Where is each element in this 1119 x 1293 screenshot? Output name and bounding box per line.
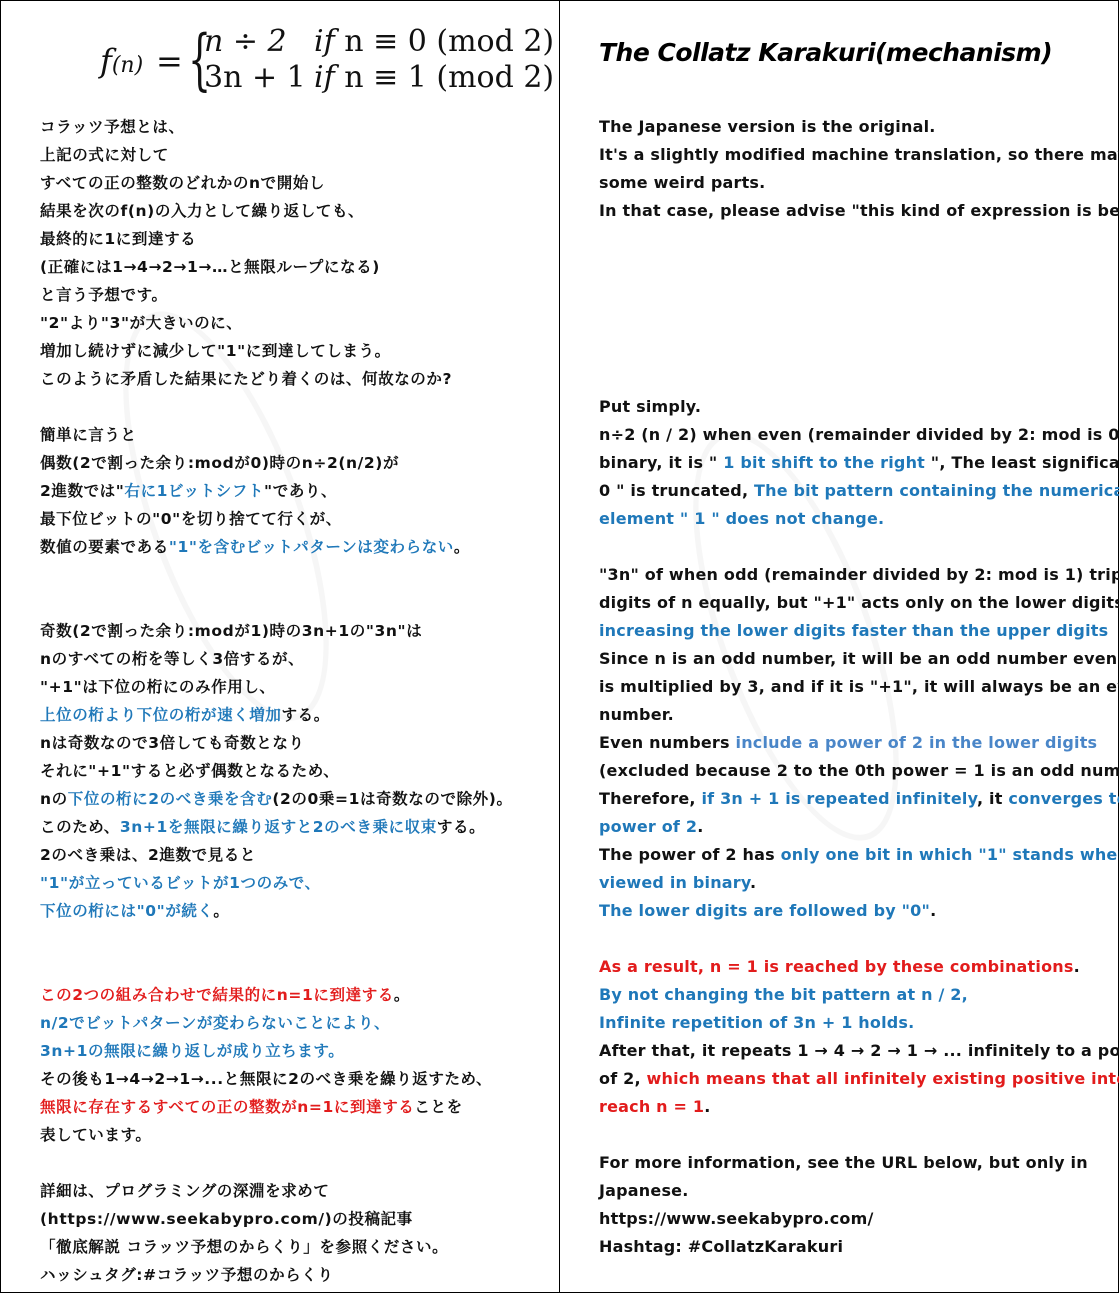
text-segment: と言う予想です。 bbox=[40, 286, 168, 304]
text-segment: 上位の桁より下位の桁が速く増加 bbox=[40, 706, 282, 724]
text-segment: Japanese. bbox=[599, 1181, 689, 1200]
text-segment: Even numbers bbox=[599, 733, 736, 752]
text-line: (https://www.seekabypro.com/)の投稿記事 bbox=[40, 1205, 413, 1233]
text-line: 下位の桁には"0"が続く。 bbox=[40, 897, 229, 925]
text-line: Even numbers include a power of 2 in the… bbox=[599, 729, 1097, 757]
text-line: viewed in binary. bbox=[599, 869, 756, 897]
text-line: 偶数(2で割った余り:modが0)時のn÷2(n/2)が bbox=[40, 449, 399, 477]
text-line: 上記の式に対して bbox=[40, 141, 169, 169]
text-line: Infinite repetition of 3n + 1 holds. bbox=[599, 1009, 914, 1037]
text-segment: After that, it repeats 1 → 4 → 2 → 1 → .… bbox=[599, 1041, 1119, 1060]
text-segment: . bbox=[1074, 957, 1080, 976]
text-line: binary, it is " 1 bit shift to the right… bbox=[599, 449, 1119, 477]
text-line: 表しています。 bbox=[40, 1121, 151, 1149]
text-segment: 奇数(2で割った余り:modが1)時の3n+1の"3n"は bbox=[40, 622, 422, 640]
text-segment: Since n is an odd number, it will be an … bbox=[599, 649, 1119, 668]
text-line: n÷2 (n / 2) when even (remainder divided… bbox=[599, 421, 1119, 449]
text-segment: 数値の要素である bbox=[40, 538, 169, 556]
text-segment: some weird parts. bbox=[599, 173, 765, 192]
text-line: と言う予想です。 bbox=[40, 281, 168, 309]
text-segment: number. bbox=[599, 705, 674, 724]
text-segment: する。 bbox=[282, 706, 330, 724]
text-line: 最終的に1に到達する bbox=[40, 225, 196, 253]
text-line: それに"+1"すると必ず偶数となるため、 bbox=[40, 757, 339, 785]
text-line: After that, it repeats 1 → 4 → 2 → 1 → .… bbox=[599, 1037, 1119, 1065]
text-line: nの下位の桁に2のべき乗を含む(2の0乗=1は奇数なので除外)。 bbox=[40, 785, 513, 813]
text-segment: "1"が立っているビットが1つのみで、 bbox=[40, 874, 321, 892]
text-segment: . bbox=[704, 1097, 710, 1116]
text-segment: すべての正の整数のどれかのnで開始し bbox=[40, 174, 325, 192]
text-segment: viewed in binary bbox=[599, 873, 750, 892]
text-segment: nは奇数なので3倍しても奇数となり bbox=[40, 734, 305, 752]
formula-equals: = bbox=[156, 42, 183, 80]
text-segment: binary, it is " bbox=[599, 453, 723, 472]
text-line: reach n = 1. bbox=[599, 1093, 711, 1121]
text-line: このように矛盾した結果にたどり着くのは、何故なのか? bbox=[40, 365, 452, 393]
text-line: The lower digits are followed by "0". bbox=[599, 897, 936, 925]
text-segment: element " 1 " does not change. bbox=[599, 509, 884, 528]
formula-case-even: n ÷ 2if n ≡ 0 (mod 2) bbox=[204, 24, 554, 59]
text-segment: n/2でビットパターンが変わらないことにより、 bbox=[40, 1014, 390, 1032]
text-segment: 簡単に言うと bbox=[40, 426, 137, 444]
text-line: nは奇数なので3倍しても奇数となり bbox=[40, 729, 305, 757]
text-segment: (正確には1→4→2→1→…と無限ループになる) bbox=[40, 258, 380, 276]
text-segment: By not changing the bit pattern at n / 2… bbox=[599, 985, 968, 1004]
text-line: 結果を次のf(n)の入力として繰り返しても、 bbox=[40, 197, 364, 225]
text-segment: "2"より"3"が大きいのに、 bbox=[40, 314, 242, 332]
text-line: Since n is an odd number, it will be an … bbox=[599, 645, 1119, 673]
text-segment: nの bbox=[40, 790, 68, 808]
text-segment: 表しています。 bbox=[40, 1126, 151, 1144]
text-segment: include a power of 2 in the lower digits bbox=[736, 733, 1098, 752]
text-segment: Infinite repetition of 3n + 1 holds. bbox=[599, 1013, 914, 1032]
text-segment: power of 2 bbox=[599, 817, 697, 836]
text-segment: ことを bbox=[414, 1098, 462, 1116]
text-line: The power of 2 has only one bit in which… bbox=[599, 841, 1119, 869]
text-line: 詳細は、プログラミングの深淵を求めて bbox=[40, 1177, 330, 1205]
text-segment: digits of n equally, but "+1" acts only … bbox=[599, 593, 1119, 612]
text-line: "3n" of when odd (remainder divided by 2… bbox=[599, 561, 1119, 589]
text-segment: 結果を次のf(n)の入力として繰り返しても、 bbox=[40, 202, 364, 220]
text-segment: n÷2 (n / 2) when even (remainder divided… bbox=[599, 425, 1119, 444]
text-line: 2進数では"右に1ビットシフト"であり、 bbox=[40, 477, 337, 505]
text-segment: The bit pattern containing the numerical bbox=[754, 481, 1119, 500]
text-segment: その後も1→4→2→1→...と無限に2のべき乗を繰り返すため、 bbox=[40, 1070, 492, 1088]
text-segment: . bbox=[697, 817, 703, 836]
text-line: By not changing the bit pattern at n / 2… bbox=[599, 981, 968, 1009]
text-line: nのすべての桁を等しく3倍するが、 bbox=[40, 645, 304, 673]
collatz-formula: f(n) = { n ÷ 2if n ≡ 0 (mod 2) 3n + 1if … bbox=[100, 24, 520, 100]
text-segment: As a result, n = 1 is reached by these c… bbox=[599, 957, 1074, 976]
text-segment: それに"+1"すると必ず偶数となるため、 bbox=[40, 762, 339, 780]
text-segment: 2のべき乗は、2進数で見ると bbox=[40, 846, 256, 864]
text-line: Hashtag: #CollatzKarakuri bbox=[599, 1233, 843, 1261]
text-line: その後も1→4→2→1→...と無限に2のべき乗を繰り返すため、 bbox=[40, 1065, 492, 1093]
text-segment: "+1"は下位の桁にのみ作用し、 bbox=[40, 678, 276, 696]
text-segment: (2の0乗=1は奇数なので除外)。 bbox=[272, 790, 512, 808]
text-line: 簡単に言うと bbox=[40, 421, 137, 449]
text-segment: このように矛盾した結果にたどり着くのは、何故なのか? bbox=[40, 370, 452, 388]
text-segment: 右に1ビットシフト bbox=[124, 482, 264, 500]
text-segment: 。 bbox=[454, 538, 470, 556]
text-line: For more information, see the URL below,… bbox=[599, 1149, 1088, 1177]
text-line: すべての正の整数のどれかのnで開始し bbox=[40, 169, 325, 197]
text-segment: 下位の桁に2のべき乗を含む bbox=[68, 790, 273, 808]
text-segment: コラッツ予想とは、 bbox=[40, 118, 185, 136]
text-segment: In that case, please advise "this kind o… bbox=[599, 201, 1119, 220]
text-line: 数値の要素である"1"を含むビットパターンは変わらない。 bbox=[40, 533, 470, 561]
text-segment: 最下位ビットの"0"を切り捨てて行くが、 bbox=[40, 510, 342, 528]
text-segment: 増加し続けずに減少して"1"に到達してしまう。 bbox=[40, 342, 391, 360]
text-line: power of 2. bbox=[599, 813, 703, 841]
text-line: 0 " is truncated, The bit pattern contai… bbox=[599, 477, 1119, 505]
text-segment: "3n" of when odd (remainder divided by 2… bbox=[599, 565, 1119, 584]
text-line: digits of n equally, but "+1" acts only … bbox=[599, 589, 1119, 617]
text-segment: 偶数(2で割った余り:modが0)時のn÷2(n/2)が bbox=[40, 454, 399, 472]
text-segment: 「徹底解説 コラッツ予想のからくり」を参照ください。 bbox=[40, 1238, 448, 1256]
text-segment: of 2, bbox=[599, 1069, 647, 1088]
text-segment: . bbox=[750, 873, 756, 892]
text-segment: ハッシュタグ:#コラッツ予想のからくり bbox=[40, 1266, 333, 1284]
text-segment: For more information, see the URL below,… bbox=[599, 1153, 1088, 1172]
text-line: is multiplied by 3, and if it is "+1", i… bbox=[599, 673, 1119, 701]
text-line: some weird parts. bbox=[599, 169, 765, 197]
text-segment: Put simply. bbox=[599, 397, 701, 416]
text-segment: 1 bit shift to the right bbox=[723, 453, 925, 472]
text-line: 無限に存在するすべての正の整数がn=1に到達することを bbox=[40, 1093, 463, 1121]
text-line: Put simply. bbox=[599, 393, 701, 421]
text-segment: reach n = 1 bbox=[599, 1097, 704, 1116]
text-segment: "1"を含むビットパターンは変わらない bbox=[169, 538, 454, 556]
text-segment: 最終的に1に到達する bbox=[40, 230, 196, 248]
text-segment: Therefore, bbox=[599, 789, 701, 808]
text-segment: この2つの組み合わせで結果的にn=1に到達する bbox=[40, 986, 394, 1004]
text-segment: if 3n + 1 is repeated infinitely bbox=[701, 789, 977, 808]
text-line: ハッシュタグ:#コラッツ予想のからくり bbox=[40, 1261, 333, 1289]
text-line: "+1"は下位の桁にのみ作用し、 bbox=[40, 673, 276, 701]
text-segment: "であり、 bbox=[264, 482, 337, 500]
text-segment: (https://www.seekabypro.com/)の投稿記事 bbox=[40, 1210, 413, 1228]
text-line: increasing the lower digits faster than … bbox=[599, 617, 1108, 645]
english-title: The Collatz Karakuri(mechanism) bbox=[599, 38, 1052, 67]
text-segment: . bbox=[930, 901, 936, 920]
text-segment: , it bbox=[977, 789, 1008, 808]
text-segment: する。 bbox=[437, 818, 485, 836]
text-segment: nのすべての桁を等しく3倍するが、 bbox=[40, 650, 304, 668]
text-line: In that case, please advise "this kind o… bbox=[599, 197, 1119, 225]
text-segment: 3n+1を無限に繰り返すと2のべき乗に収束 bbox=[120, 818, 437, 836]
text-segment: The lower digits are followed by "0" bbox=[599, 901, 930, 920]
text-segment: (excluded because 2 to the 0th power = 1… bbox=[599, 761, 1119, 780]
text-segment: 詳細は、プログラミングの深淵を求めて bbox=[40, 1182, 330, 1200]
formula-lhs: f(n) bbox=[100, 42, 143, 80]
text-line: 3n+1の無限に繰り返しが成り立ちます。 bbox=[40, 1037, 344, 1065]
text-line: https://www.seekabypro.com/ bbox=[599, 1205, 874, 1233]
text-segment: 上記の式に対して bbox=[40, 146, 169, 164]
text-segment: 下位の桁には"0"が続く bbox=[40, 902, 213, 920]
text-segment: which means that all infinitely existing… bbox=[647, 1069, 1119, 1088]
text-line: number. bbox=[599, 701, 674, 729]
text-segment: only one bit in which "1" stands when bbox=[781, 845, 1119, 864]
text-line: Japanese. bbox=[599, 1177, 689, 1205]
text-line: 上位の桁より下位の桁が速く増加する。 bbox=[40, 701, 330, 729]
text-line: 奇数(2で割った余り:modが1)時の3n+1の"3n"は bbox=[40, 617, 422, 645]
text-line: element " 1 " does not change. bbox=[599, 505, 884, 533]
text-line: このため、3n+1を無限に繰り返すと2のべき乗に収束する。 bbox=[40, 813, 485, 841]
text-segment: 0 " is truncated, bbox=[599, 481, 754, 500]
text-segment: The power of 2 has bbox=[599, 845, 781, 864]
text-line: As a result, n = 1 is reached by these c… bbox=[599, 953, 1080, 981]
text-line: コラッツ予想とは、 bbox=[40, 113, 185, 141]
text-line: (excluded because 2 to the 0th power = 1… bbox=[599, 757, 1119, 785]
text-segment: 2進数では" bbox=[40, 482, 124, 500]
text-segment: このため、 bbox=[40, 818, 120, 836]
text-segment: 無限に存在するすべての正の整数がn=1に到達する bbox=[40, 1098, 414, 1116]
text-line: 2のべき乗は、2進数で見ると bbox=[40, 841, 256, 869]
text-line: The Japanese version is the original. bbox=[599, 113, 936, 141]
text-line: (正確には1→4→2→1→…と無限ループになる) bbox=[40, 253, 380, 281]
text-segment: converges to a bbox=[1008, 789, 1119, 808]
text-line: "1"が立っているビットが1つのみで、 bbox=[40, 869, 321, 897]
text-segment: It's a slightly modified machine transla… bbox=[599, 145, 1119, 164]
text-segment: Hashtag: #CollatzKarakuri bbox=[599, 1237, 843, 1256]
text-segment: 3n+1の無限に繰り返しが成り立ちます。 bbox=[40, 1042, 344, 1060]
text-segment: The Japanese version is the original. bbox=[599, 117, 936, 136]
text-segment: increasing the lower digits faster than … bbox=[599, 621, 1108, 640]
column-divider bbox=[559, 0, 560, 1293]
text-line: 最下位ビットの"0"を切り捨てて行くが、 bbox=[40, 505, 342, 533]
text-line: 「徹底解説 コラッツ予想のからくり」を参照ください。 bbox=[40, 1233, 448, 1261]
text-line: "2"より"3"が大きいのに、 bbox=[40, 309, 242, 337]
text-line: It's a slightly modified machine transla… bbox=[599, 141, 1119, 169]
text-segment: 。 bbox=[394, 986, 410, 1004]
text-line: Therefore, if 3n + 1 is repeated infinit… bbox=[599, 785, 1119, 813]
text-segment: https://www.seekabypro.com/ bbox=[599, 1209, 874, 1228]
text-segment: 。 bbox=[213, 902, 229, 920]
text-segment: is multiplied by 3, and if it is "+1", i… bbox=[599, 677, 1119, 696]
text-line: 増加し続けずに減少して"1"に到達してしまう。 bbox=[40, 337, 391, 365]
formula-case-odd: 3n + 1if n ≡ 1 (mod 2) bbox=[204, 60, 554, 95]
text-line: n/2でビットパターンが変わらないことにより、 bbox=[40, 1009, 390, 1037]
text-segment: ", The least significant bit " bbox=[925, 453, 1119, 472]
text-line: この2つの組み合わせで結果的にn=1に到達する。 bbox=[40, 981, 410, 1009]
text-line: of 2, which means that all infinitely ex… bbox=[599, 1065, 1119, 1093]
